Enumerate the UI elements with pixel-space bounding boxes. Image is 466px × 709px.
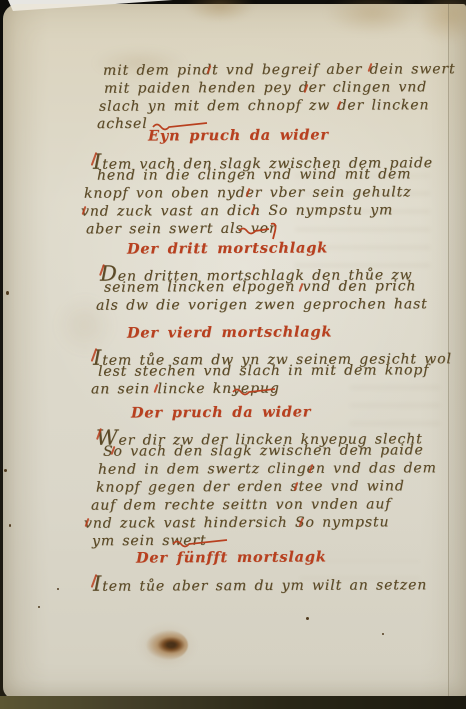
manuscript-line: auf dem rechte seittn von vnden auf (91, 496, 391, 513)
manuscript-line: So vach den slagk zwischen dem paide (103, 442, 424, 459)
manuscript-line: vnd zuck vast an dich So nympstu ym (81, 202, 393, 219)
manuscript-line: hend in die clingen vnd wind mit dem (97, 166, 411, 183)
rubric-heading: Eyn pruch da wider (148, 126, 329, 144)
manuscript-line: an sein lincke knyepug (91, 381, 280, 398)
manuscript-line: hend in dem swertz clingen vnd das dem (98, 460, 437, 477)
manuscript-line: knopf von oben nyder vber sein gehultz (84, 184, 412, 201)
rubric-heading: Der fünfft mortslagk (136, 548, 327, 566)
manuscript-line: ym sein swert (92, 533, 207, 549)
manuscript-line: aber sein swert als vor (86, 221, 277, 238)
rubric-heading: Der vierd mortschlagk (127, 323, 332, 341)
rubric-heading: Der pruch da wider (131, 403, 311, 421)
manuscript-line: vnd zuck vast hindersich So nympstu (84, 514, 389, 531)
manuscript-text: mit dem pindt vnd begreif aber dein swer… (0, 0, 466, 709)
manuscript-line: Item tůe aber sam du ym wilt an setzen (93, 570, 427, 595)
manuscript-line: knopf gegen der erden stee vnd wind (96, 478, 405, 495)
manuscript-line: mit dem pindt vnd begreif aber dein swer… (103, 61, 456, 79)
manuscript-line: als dw die vorigen zwen geprochen hast (96, 296, 428, 313)
manuscript-line: lest stechen vnd slach in mit dem knopf (98, 362, 429, 379)
manuscript-line: seinem lincken elpogen vnd den prich (104, 278, 416, 295)
rubric-heading: Der dritt mortschlagk (127, 239, 328, 257)
manuscript-line: slach yn mit dem chnopf zw der lincken (99, 97, 429, 114)
manuscript-line: mit paiden henden pey der clingen vnd (104, 79, 427, 96)
manuscript-line: achsel (97, 116, 148, 132)
